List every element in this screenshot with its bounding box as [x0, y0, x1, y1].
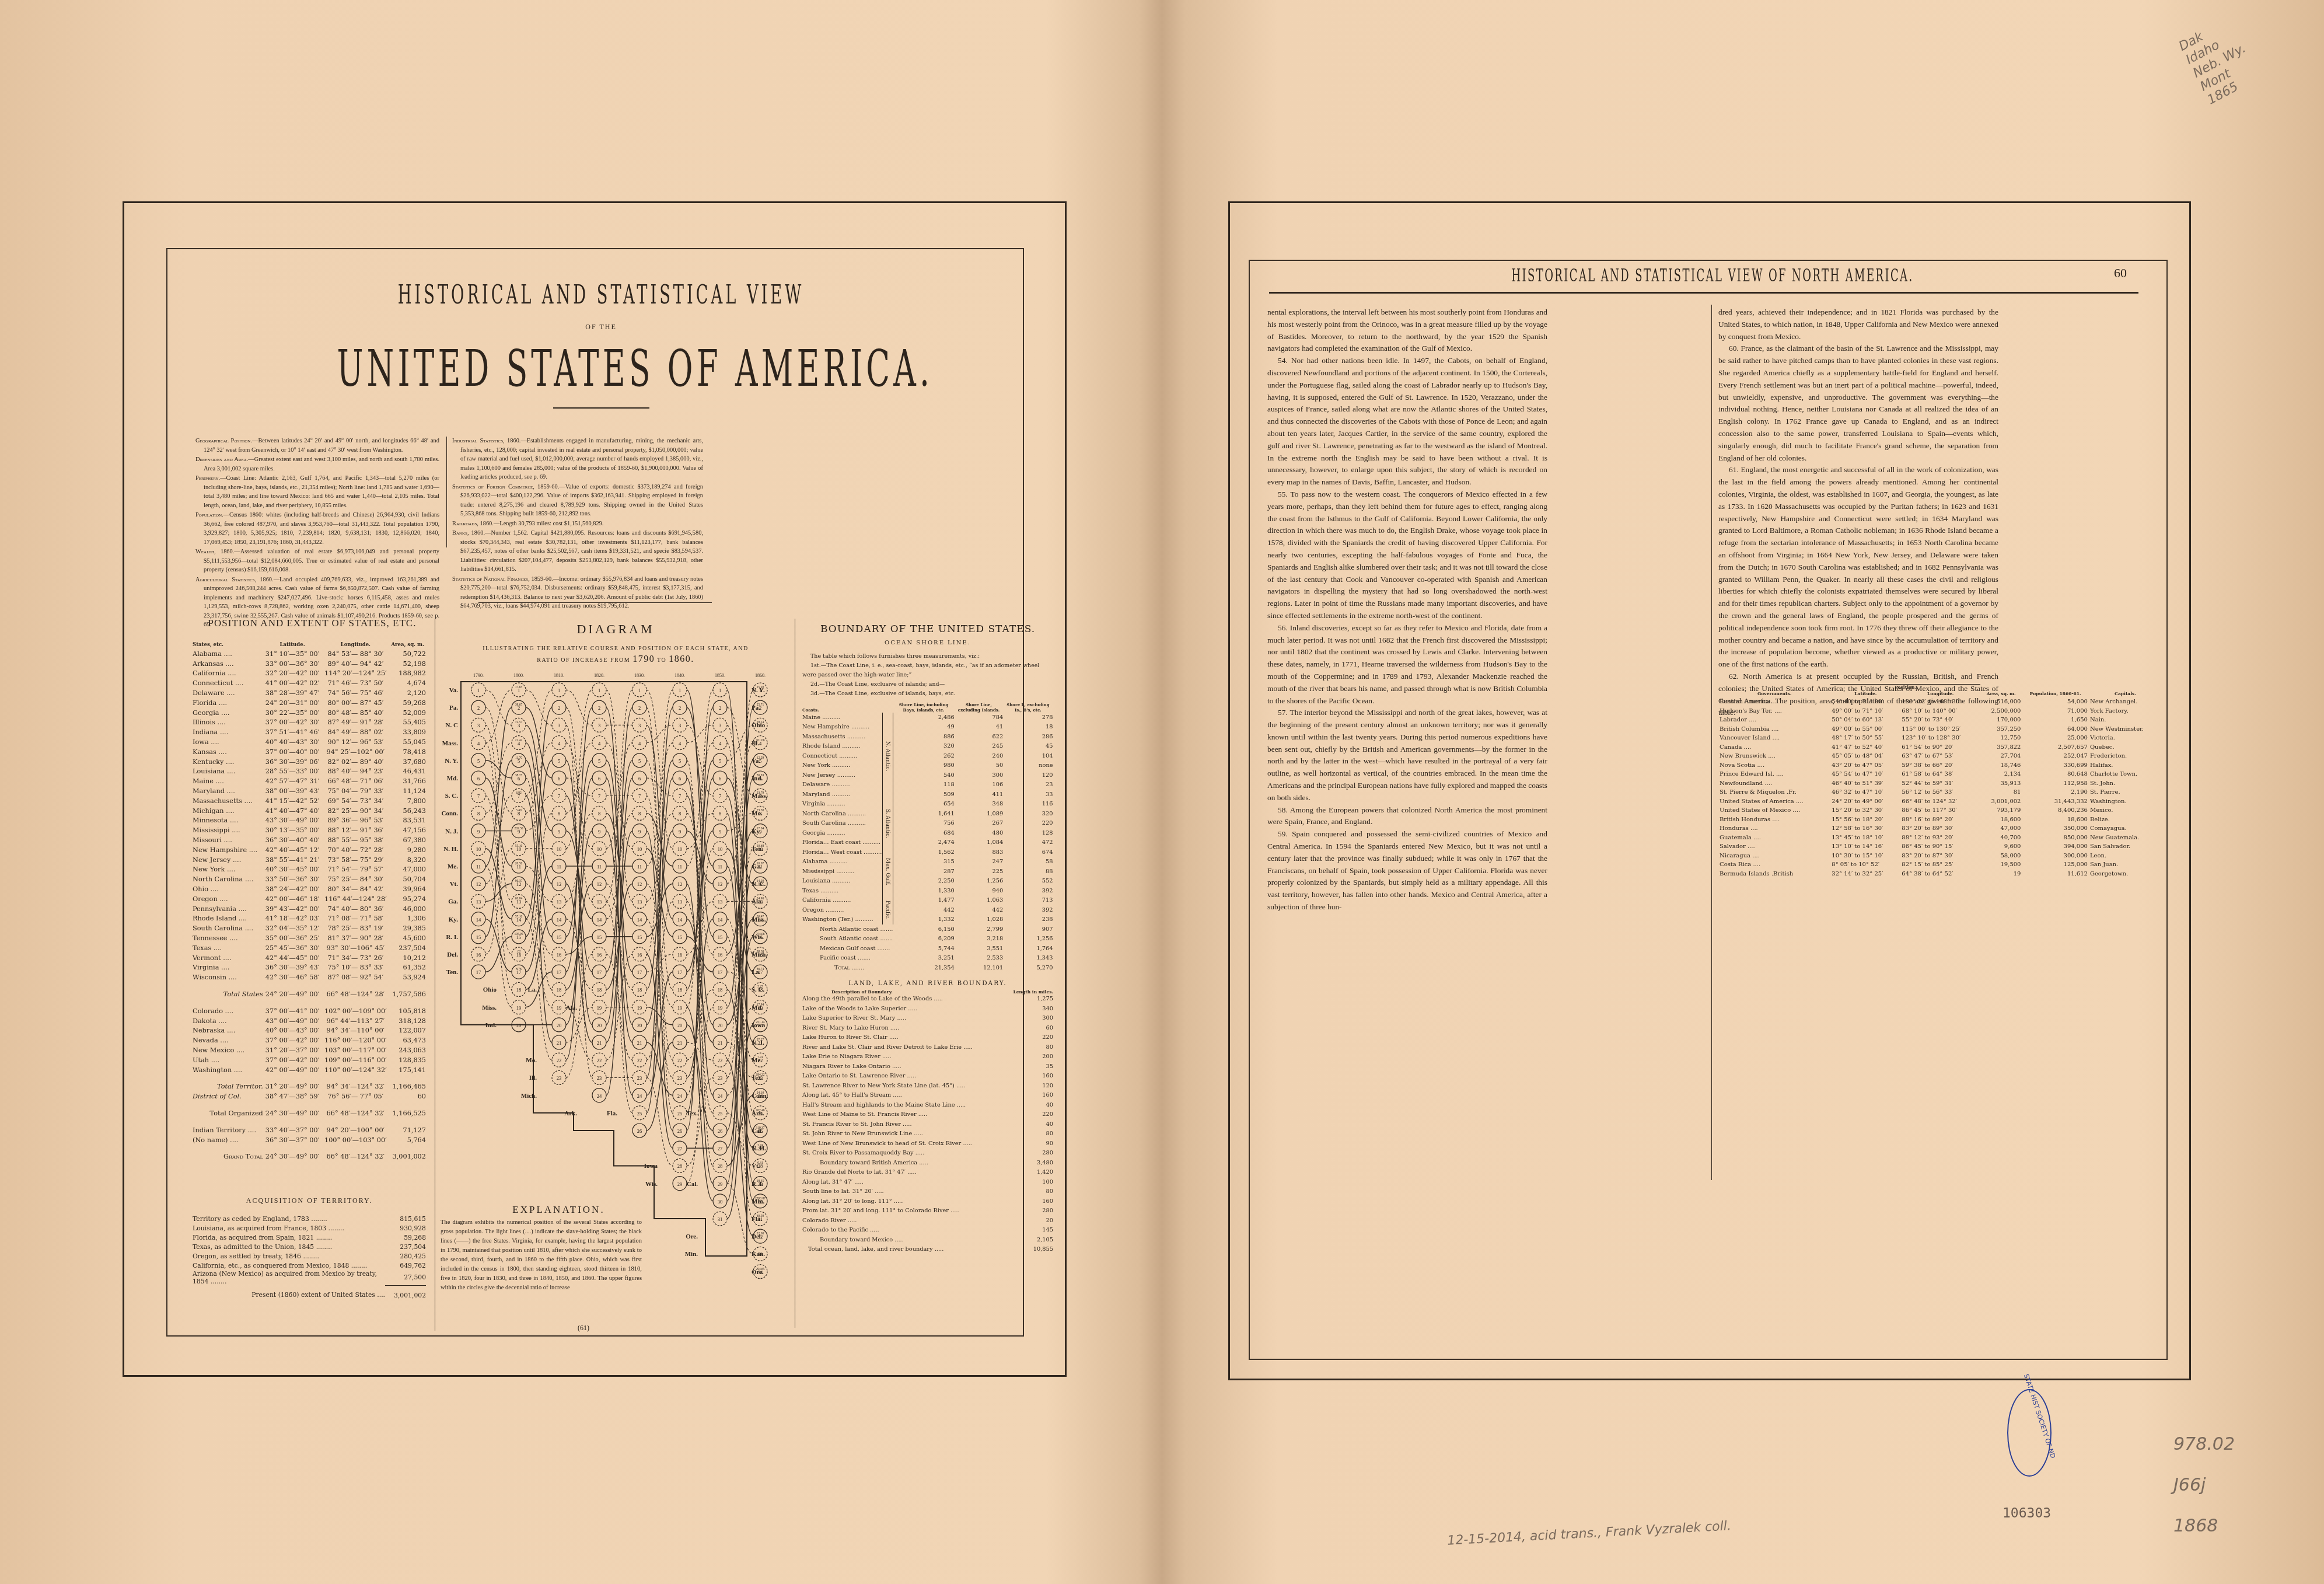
latitude: 15° 56′ to 18° 20′ [1830, 815, 1900, 825]
column-header: Area, sq. m. [389, 642, 426, 649]
table-cell: Maine .... [193, 776, 263, 786]
boundary-description: Colorado River ..... [802, 1216, 1005, 1226]
government-row: Honduras ....12° 58′ to 16° 30′83° 20′ t… [1718, 824, 2162, 833]
stat-paragraph: Dimensions and Area.—Greatest extent eas… [195, 455, 439, 473]
acquisition-label: Arizona (New Mexico) as acquired from Me… [193, 1270, 385, 1285]
header-row: States, etc.Latitude.Longitude.Area, sq.… [193, 642, 426, 649]
boundary-row: Along the 49th parallel to Lake of the W… [802, 995, 1053, 1004]
government-name: St. Pierre & Miquelon .Fr. [1718, 788, 1830, 797]
table-cell: Texas .... [193, 943, 263, 953]
coast-subtotal-value: 3,251 [893, 954, 954, 964]
column-header: Longitude. [1900, 691, 1980, 697]
rank-number: 10 [597, 846, 602, 852]
rank-number: 22 [677, 1058, 683, 1063]
rank-number: 4 [477, 741, 480, 746]
boundary-length: 280 [1005, 1206, 1053, 1216]
entering-state-label: La. [527, 986, 537, 993]
longitude: 64° 38′ to 64° 52′ [1900, 870, 1980, 879]
area: 19,500 [1980, 860, 2022, 870]
coast-row: Massachusetts ..........886622286 [802, 732, 1053, 742]
population: 25,000 [2022, 734, 2088, 743]
stat-label: Periphery. [195, 475, 220, 482]
rank-number: 26 [718, 1128, 723, 1134]
table-row: Minnesota ....43° 30′—49° 00′89° 36′— 96… [193, 816, 426, 826]
rank-number: 24 [597, 1093, 602, 1099]
acquisition-title: ACQUISITION OF TERRITORY. [193, 1196, 426, 1205]
rank-number: 14 [718, 917, 723, 923]
rank-number: 9 [558, 829, 560, 835]
table-cell: Nevada .... [193, 1035, 263, 1045]
coast-group-label: Pacific. [882, 896, 893, 925]
entering-state-label: Wis. [645, 1181, 658, 1188]
table-row: Kentucky ....36° 30′—39° 06′82° 02′— 89°… [193, 757, 426, 767]
table-cell: 71° 54′— 79° 57′ [321, 865, 389, 875]
table-cell: 63,473 [389, 1035, 426, 1045]
latitude: 50° 04′ to 60° 13′ [1830, 716, 1900, 725]
table-cell: 83,531 [389, 816, 426, 826]
acquisition-total-value: 3,001,002 [385, 1285, 426, 1299]
longitude: 68° 10′ to 140° 00′ [1900, 707, 1980, 716]
stat-label: Banks, 1860. [452, 530, 485, 536]
coast-measure: 411 [955, 790, 1004, 800]
rank-number: 1 [558, 688, 560, 693]
boundary-description: Colorado to the Pacific ..... [802, 1226, 1005, 1236]
acquisition-area: 280,425 [385, 1251, 426, 1261]
coast-measure: 50 [955, 761, 1004, 771]
rank-number: 23 [557, 1075, 562, 1081]
table-row: North Carolina ....33° 50′—36° 30′75° 25… [193, 874, 426, 884]
table-row: Virginia ....36° 30′—39° 43′75° 10′— 83°… [193, 963, 426, 973]
coast-row: Florida… East coast ..........2,4741,084… [802, 838, 1053, 848]
rank-number: 2 [638, 705, 641, 711]
capital: Nain. [2089, 716, 2162, 725]
rank-number: 16 [718, 952, 723, 958]
table-cell: 116° 00′—120° 00′ [321, 1035, 389, 1045]
table-cell: 75° 04′— 79° 33′ [321, 786, 389, 796]
ratio-1800: 21.42 [515, 739, 523, 742]
rank-number: 20 [597, 1023, 602, 1028]
rank-number: 24 [677, 1093, 683, 1099]
body-paragraph: 57. The interior beyond the Mississippi … [1267, 707, 1547, 804]
capital: Victoria. [2089, 734, 2162, 743]
boundary-length: 300 [1005, 1014, 1053, 1024]
rank-number: 5 [638, 758, 641, 764]
table-cell: 71,127 [389, 1125, 426, 1135]
table-cell: 42° 57′—47° 31′ [263, 776, 322, 786]
stat-paragraph: Industrial Statistics, 1860.—Establishme… [452, 437, 703, 482]
rank-number: 10 [557, 846, 562, 852]
latitude: 46° 32′ to 47° 10′ [1830, 788, 1900, 797]
table-cell: Virginia .... [193, 963, 263, 973]
table-row: Louisiana ....28° 55′—33° 00′88° 40′— 94… [193, 767, 426, 777]
state-label-left: Ga. [448, 898, 458, 905]
rank-number: 4 [638, 741, 641, 746]
government-row: Guatemala ....13° 45′ to 18° 10′88° 12′ … [1718, 833, 2162, 843]
longitude: 82° 15′ to 85° 25′ [1900, 860, 1980, 870]
table-cell: 37° 00′—42° 30′ [263, 718, 322, 728]
boundary-length: 60 [1005, 1023, 1053, 1033]
rank-number: 2 [598, 705, 600, 711]
table-cell: 175,141 [389, 1065, 426, 1075]
table-cell: 237,504 [389, 943, 426, 953]
latitude: 12° 58′ to 16° 30′ [1830, 824, 1900, 833]
coast-measure: 886 [893, 732, 954, 742]
state-label-left: Ky. [449, 916, 458, 923]
boundary-length: 120 [1005, 1081, 1053, 1091]
ratio-1860: 310.37 [756, 1126, 764, 1130]
rank-number: 10 [677, 846, 683, 852]
ratio-1800: 57.10 [515, 915, 523, 919]
table-cell: New York .... [193, 865, 263, 875]
coast-measure: 23 [1003, 780, 1053, 790]
coast-row: Connecticut ..........262240104 [802, 751, 1053, 761]
state-course-line [687, 796, 713, 1025]
boundary-description: Along lat. 31° 20′ to long. 111° ..... [802, 1196, 1005, 1206]
table-cell: 89° 40′— 94° 42′ [321, 659, 389, 669]
stat-label: Population. [195, 512, 223, 518]
table-cell: 5,764 [389, 1135, 426, 1145]
coast-measure: 2,486 [893, 713, 954, 723]
year-label: 1790. [473, 673, 484, 678]
table-cell: 28° 55′—33° 00′ [263, 767, 322, 777]
call-number-line: 1868 [2173, 1506, 2235, 1547]
table-cell: 11,124 [389, 786, 426, 796]
coast-name: New Jersey .......... [802, 770, 882, 780]
rank-number: 8 [558, 811, 560, 817]
boundary-row: West Line of New Brunswick to head of St… [802, 1139, 1053, 1149]
diagram-boundary-divider [795, 619, 795, 1328]
population: 11,612 [2022, 870, 2088, 879]
column-header: Latitude. [1830, 691, 1900, 697]
coast-measure: 118 [893, 780, 954, 790]
coast-subtotal-value: 907 [1003, 924, 1053, 934]
coast-measure: 1,477 [893, 896, 954, 906]
table-cell: 67,380 [389, 835, 426, 845]
acquisition-area: 237,504 [385, 1242, 426, 1251]
rank-number: 4 [598, 741, 601, 746]
boundary-row: Along lat. 45° to Hall's Stream .....160 [802, 1091, 1053, 1101]
population: 31,443,332 [2022, 797, 2088, 807]
acquisition-label: Louisiana, as acquired from France, 1803… [193, 1223, 385, 1233]
boundary-description: Boundary toward British America ..... [802, 1158, 1005, 1168]
table-cell: 38° 28′—39° 47′ [263, 688, 322, 698]
boundary-length: 80 [1005, 1187, 1053, 1197]
table-cell: 36° 30′—37° 00′ [263, 1135, 322, 1145]
boundary-length: 10,855 [1005, 1245, 1053, 1255]
table-cell: 81° 37′— 90° 28′ [321, 933, 389, 943]
coast-measure: 278 [1003, 713, 1053, 723]
table-cell: 128,835 [389, 1055, 426, 1065]
table-cell: 50,722 [389, 649, 426, 659]
table-cell: 94° 20′—100° 00′ [321, 1125, 389, 1135]
coast-subtotal-label: North Atlantic coast ....... [802, 924, 893, 934]
table-cell: Kentucky .... [193, 757, 263, 767]
table-row: Total Territor.31° 20′—49° 00′94° 34′—12… [193, 1081, 426, 1091]
table-cell: Total Territor. [193, 1081, 263, 1091]
coast-measure: 392 [1003, 905, 1053, 915]
coast-measure: 2,250 [893, 877, 954, 887]
table-row: Illinois ....37° 00′—42° 30′87° 49′— 91°… [193, 718, 426, 728]
table-cell: 33° 40′—37° 00′ [263, 1125, 322, 1135]
rank-number: 23 [718, 1075, 723, 1081]
longitude: 86° 45′ to 90° 15′ [1900, 842, 1980, 852]
rank-number: 6 [598, 776, 600, 781]
table-row: Kansas ....37° 00′—40° 00′94° 25′—102° 0… [193, 747, 426, 757]
acquisition-row: California, etc., as conquered from Mexi… [193, 1261, 426, 1270]
longitude: 61° 54′ to 90° 20′ [1900, 743, 1980, 752]
rank-number: 17 [597, 969, 602, 975]
diagram-year-to: 1860. [669, 654, 694, 664]
stat-paragraph: Population.—Census 1860: whites (includi… [195, 511, 439, 547]
boundary-length: 160 [1005, 1091, 1053, 1101]
state-course-line [646, 972, 673, 1095]
coast-group-label: S. Atlantic. [882, 800, 893, 848]
rank-number: 18 [637, 987, 642, 993]
coast-measure: 225 [955, 867, 1004, 877]
coast-subtotal-value: 1,256 [1003, 934, 1053, 944]
coast-subtotal-row: Pacific coast .......3,2512,5331,343 [802, 954, 1053, 964]
table-row: New Hampshire ....42° 40′—45° 12′70° 40′… [193, 845, 426, 855]
table-cell: 39° 43′—42° 00′ [263, 904, 322, 914]
ratio-1800: 38.67 [515, 703, 523, 707]
government-name: Hudson's Bay Ter. .... [1718, 707, 1830, 716]
coast-measure: 220 [1003, 819, 1053, 829]
coast-measure: 120 [1003, 770, 1053, 780]
boundary-description: Hall's Stream and highlands to the Maine… [802, 1100, 1005, 1110]
government-name: Honduras .... [1718, 824, 1830, 833]
table-cell: Tennessee .... [193, 933, 263, 943]
rank-number: 17 [677, 969, 683, 975]
area: 357,822 [1980, 743, 2022, 752]
rank-number: 3 [638, 723, 641, 728]
coast-row: South Carolina ..........756267220 [802, 819, 1053, 829]
coast-row: Texas ..........1,330940392 [802, 886, 1053, 896]
boundary-row: Along lat. 31° 20′ to long. 111° .....16… [802, 1196, 1053, 1206]
ratio-1860: 24.96 [757, 897, 764, 901]
rank-number: 18 [597, 987, 602, 993]
table-cell: 76° 56′— 77° 05′ [321, 1091, 389, 1101]
coast-measure: 58 [1003, 857, 1053, 867]
table-cell: New Mexico .... [193, 1045, 263, 1055]
boundary-length: 35 [1005, 1062, 1053, 1072]
capital: Halifax. [2089, 761, 2162, 770]
rank-number: 13 [637, 899, 642, 905]
coast-row: Delaware ..........11810623 [802, 780, 1053, 790]
table-cell: 52,198 [389, 659, 426, 669]
stat-label: Statistics of Foreign Commerce, 1859-60. [452, 484, 559, 490]
stat-text: —Number 1,562. Capital $421,880,095. Res… [460, 530, 703, 573]
government-name: Costa Rica .... [1718, 860, 1830, 870]
table-cell: 74° 56′— 75° 46′ [321, 688, 389, 698]
rank-number: 14 [637, 917, 642, 923]
boundary-length: 1,275 [1005, 995, 1053, 1004]
rank-number: 25 [718, 1111, 723, 1117]
table-cell: 36° 30′—39° 43′ [263, 963, 322, 973]
rank-number: 6 [638, 776, 641, 781]
boundary-description: Niagara River to Lake Ontario ..... [802, 1062, 1005, 1072]
area: 47,000 [1980, 824, 2022, 833]
table-row: (No name) ....36° 30′—37° 00′100° 00′—10… [193, 1135, 426, 1145]
coast-name: Virginia .......... [802, 800, 882, 810]
coast-group-label: Mex. Gulf. [882, 847, 893, 896]
rank-number: 5 [719, 758, 721, 764]
boundary-row: St. Croix River to Passamaquoddy Bay ...… [802, 1149, 1053, 1159]
table-cell: 59,268 [389, 698, 426, 708]
table-cell: 1,757,586 [389, 989, 426, 999]
boundary-description: Along lat. 45° to Hall's Stream ..... [802, 1091, 1005, 1101]
coast-row: Mississippi ..........28722588 [802, 867, 1053, 877]
government-row: Prince Edward Isl. ....45° 54′ to 47° 10… [1718, 770, 2162, 779]
table-cell: 42° 44′—45° 00′ [263, 953, 322, 963]
rank-number: 26 [637, 1128, 642, 1134]
table-cell: 42° 30′—46° 58′ [263, 972, 322, 982]
rank-number: 19 [718, 1005, 723, 1011]
table-cell: 87° 08′— 92° 54′ [321, 972, 389, 982]
table-cell: 94° 34′—110° 00′ [321, 1025, 389, 1035]
ratio-1860: 36.63 [757, 774, 764, 777]
column-header: Governments. [1718, 691, 1830, 697]
land-lake-river-table: Description of Boundary.Length in miles.… [802, 989, 1053, 1255]
area: 18,746 [1980, 761, 2022, 770]
coast-measure: 116 [1003, 800, 1053, 810]
latitude: 43° 20′ to 47° 05′ [1830, 761, 1900, 770]
boundary-row: Colorado to the Pacific .....145 [802, 1226, 1053, 1236]
table-cell: Indiana .... [193, 727, 263, 737]
table-cell: California .... [193, 669, 263, 679]
table-cell: 24° 30′—49° 00′ [263, 1152, 322, 1161]
acquisition-table: Territory as ceded by England, 1783 ....… [193, 1214, 426, 1299]
stat-paragraph: Statistics of National Finances, 1859-60… [452, 575, 703, 611]
page-number: 60 [2114, 266, 2127, 281]
measurement-3: 3d.—The Coast Line, exclusive of islands… [802, 689, 1053, 699]
acquisition-row: Arizona (New Mexico) as acquired from Me… [193, 1270, 426, 1285]
rank-number: 12 [637, 881, 642, 887]
year-label: 1840. [675, 673, 685, 678]
coast-measure: none [1003, 761, 1053, 771]
boundary-length: 40 [1005, 1100, 1053, 1110]
state-course-line [485, 937, 512, 972]
longitude: 59° 38′ to 66° 20′ [1900, 761, 1980, 770]
coast-measure: 88 [1003, 867, 1053, 877]
coast-subtotal-value: 6,150 [893, 924, 954, 934]
boundary-length: 200 [1005, 1052, 1053, 1062]
coast-subtotal-value: 5,270 [1003, 963, 1053, 973]
state-course-line [485, 760, 512, 778]
table-cell: 73° 58′— 75° 29′ [321, 855, 389, 865]
coast-row: Louisiana ..........2,2501,256552 [802, 877, 1053, 887]
table-cell: 80° 34′— 84° 42′ [321, 884, 389, 894]
ratio-1860: 73.30 [757, 809, 764, 812]
rank-number: 16 [557, 952, 562, 958]
ratio-1800: 55.10 [515, 845, 523, 848]
spacer-row [193, 982, 426, 989]
state-label-left: Md. [447, 775, 459, 782]
boundary-length: 145 [1005, 1226, 1053, 1236]
table-cell: 38° 55′—41° 21′ [263, 855, 322, 865]
boundary-length: 220 [1005, 1110, 1053, 1120]
table-row: Texas ....25° 45′—36° 30′93° 30′—106° 45… [193, 943, 426, 953]
diagram-explanation: EXPLANATION. The diagram exhibits the nu… [441, 1205, 642, 1293]
state-label-left: Del. [447, 951, 458, 958]
table-cell: Connecticut .... [193, 678, 263, 688]
rank-number: 18 [516, 987, 522, 993]
acquisition-row: Territory as ceded by England, 1783 ....… [193, 1214, 426, 1223]
rank-number: 13 [597, 899, 602, 905]
rank-number: 7 [679, 793, 681, 799]
ratio-1860: 184.22 [756, 1073, 764, 1077]
coast-subtotal-label: Pacific coast ....... [802, 954, 893, 964]
table-row: California ....32° 20′—42° 00′114° 20′—1… [193, 669, 426, 679]
table-cell: Minnesota .... [193, 816, 263, 826]
rank-number: 9 [679, 829, 681, 835]
rank-number: 12 [718, 881, 723, 887]
table-cell: 89° 36′— 96° 53′ [321, 816, 389, 826]
table-row: Nevada ....37° 00′—42° 00′116° 00′—120° … [193, 1035, 426, 1045]
table-row: Indian Territory ....33° 40′—37° 00′94° … [193, 1125, 426, 1135]
table-cell: 7,800 [389, 796, 426, 806]
column-header: States, etc. [193, 642, 263, 649]
rank-number: 17 [637, 969, 642, 975]
rank-number: 10 [718, 846, 723, 852]
coast-measure: 1,256 [955, 877, 1004, 887]
body-paragraph: 60. France, as the claimant of the basin… [1718, 343, 1998, 464]
coast-measure: 940 [955, 886, 1004, 896]
government-name: United States of Mexico .... [1718, 806, 1830, 815]
coast-measure: 320 [893, 742, 954, 752]
body-paragraph: nental explorations, the interval left b… [1267, 306, 1547, 355]
table-cell: 30° 22′—35° 00′ [263, 708, 322, 718]
table-cell: 41° 00′—42° 02′ [263, 678, 322, 688]
coast-measure: 286 [1003, 732, 1053, 742]
capital: Georgetown. [2089, 870, 2162, 879]
column-header: Longitude. [321, 642, 389, 649]
table-cell: 33° 00′—36° 30′ [263, 659, 322, 669]
rank-number: 26 [677, 1128, 683, 1134]
coast-name: Texas .......... [802, 886, 882, 896]
coast-measure: 18 [1003, 723, 1053, 732]
boundary-description: Rio Grande del Norte to lat. 31° 47′ ...… [802, 1168, 1005, 1178]
table-row: Dakota ....43° 00′—49° 00′96° 44′—113° 2… [193, 1016, 426, 1026]
coast-measure: 238 [1003, 915, 1053, 925]
table-cell: 43° 00′—49° 00′ [263, 1016, 322, 1026]
year-label: 1850. [715, 673, 725, 678]
population: 394,000 [2022, 842, 2088, 852]
coast-name: New Hampshire .......... [802, 723, 882, 732]
latitude: 15° 20′ to 32° 30′ [1830, 806, 1900, 815]
table-row: Massachusetts ....41° 15′—42° 52′69° 54′… [193, 796, 426, 806]
rank-number: 13 [476, 899, 481, 905]
table-cell: 35° 00′—36° 25′ [263, 933, 322, 943]
table-cell: 88° 55′— 95° 38′ [321, 835, 389, 845]
table-cell: 110° 00′—124° 32′ [321, 1065, 389, 1075]
government-row: United States of America ....24° 20′ to … [1718, 797, 2162, 807]
boundary-description: Total ocean, land, lake, and river bound… [802, 1245, 1005, 1255]
coast-name: Connecticut .......... [802, 751, 882, 761]
table-cell: 42° 40′—45° 12′ [263, 845, 322, 855]
government-name: Russian America .... [1718, 697, 1830, 707]
boundary-length: 280 [1005, 1149, 1053, 1159]
table-cell: Wisconsin .... [193, 972, 263, 982]
coast-name: Georgia .......... [802, 828, 882, 838]
acquisition-area: 649,762 [385, 1261, 426, 1270]
rank-number: 28 [677, 1163, 683, 1169]
coast-measure: 883 [955, 847, 1004, 857]
rank-number: 15 [637, 934, 642, 940]
ratio-1860: 254.06 [756, 933, 764, 936]
table-cell: 37° 00′—40° 00′ [263, 747, 322, 757]
table-row: Michigan ....41° 40′—47° 40′82° 25′— 90°… [193, 806, 426, 816]
ocean-shore-table: Coasts.Shore Line, including Bays, Islan… [802, 702, 1053, 973]
